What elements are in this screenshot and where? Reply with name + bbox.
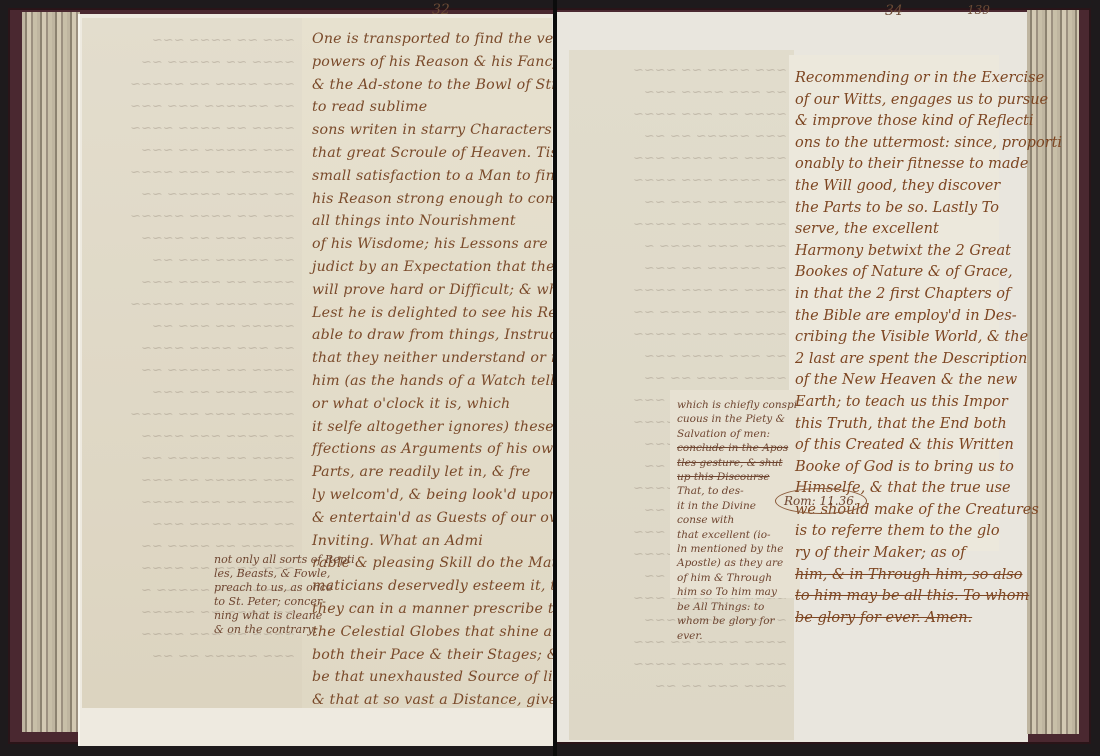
margin-citation: Rom: 11.36. — [775, 488, 867, 514]
right-page-photo: ~~~ ~~~~ ~~ ~~~~ ~~ ~~~ ~~~~ ~~~ ~~~~ ~~… — [557, 0, 1100, 756]
folio-number: 139 — [967, 3, 990, 17]
page-edges — [22, 12, 80, 732]
margin-note-left: not only all sorts of Repti les, Beasts,… — [214, 553, 355, 637]
left-page-photo: ~~~ ~~ ~~~~ ~~~ ~~~~ ~~ ~~~~~ ~~ ~~~ ~~~… — [0, 0, 553, 756]
manuscript-spread: ~~~ ~~ ~~~~ ~~~ ~~~~ ~~ ~~~~~ ~~ ~~~ ~~~… — [0, 0, 1100, 756]
manuscript-text-right: Recommending or in the Exercise of our W… — [795, 68, 1062, 629]
page-number: 32 — [432, 2, 450, 18]
margin-note-right: which is chiefly conspi- cuous in the Pi… — [677, 398, 801, 643]
page-number: 34 — [885, 3, 903, 19]
